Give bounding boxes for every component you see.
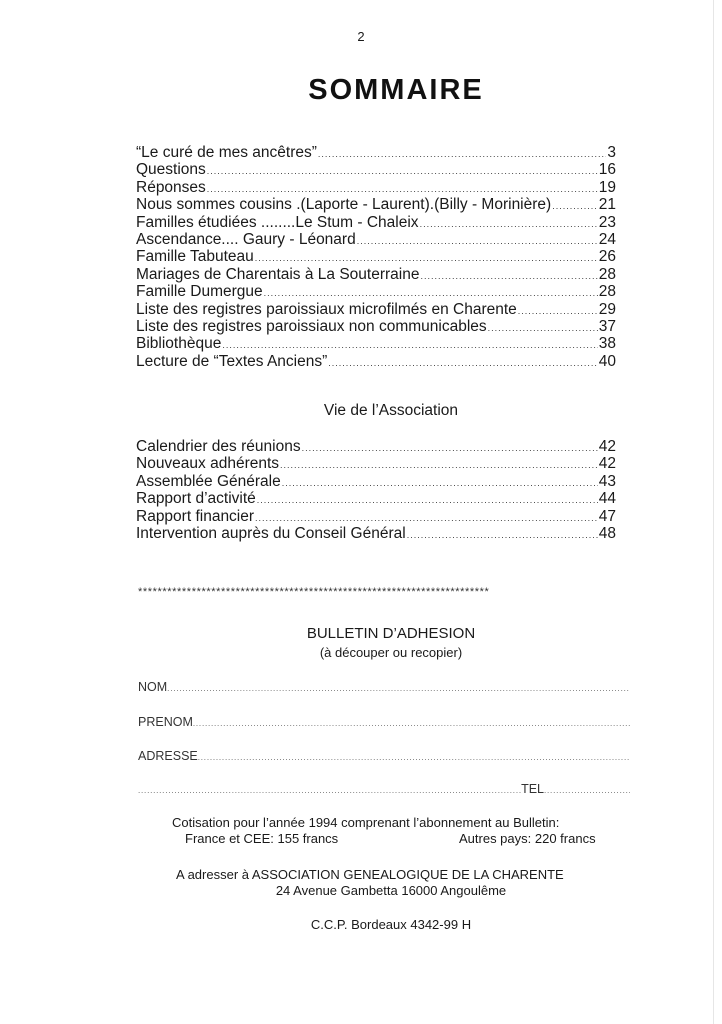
toc-entry-page: 16	[599, 161, 616, 178]
toc-entry: Bibliothèque38	[136, 335, 616, 352]
dot-leader	[552, 198, 598, 215]
separator-stars: ****************************************…	[138, 586, 648, 598]
adresse-dotted-line[interactable]	[198, 753, 630, 762]
prenom-field[interactable]: PRENOM	[138, 715, 630, 729]
toc-entry: Nous sommes cousins .(Laporte - Laurent)…	[136, 196, 616, 213]
toc-entry-page: 43	[599, 473, 616, 490]
toc-entry-label: Intervention auprès du Conseil Général	[136, 525, 406, 542]
dot-leader	[328, 355, 597, 372]
dot-leader	[488, 320, 598, 337]
toc-entry-label: Nouveaux adhérents	[136, 455, 279, 472]
toc-entry-page: 40	[599, 353, 616, 370]
toc-entry: Lecture de “Textes Anciens”40	[136, 353, 616, 370]
toc-entry-label: Rapport financier	[136, 508, 254, 525]
dot-leader	[357, 233, 598, 250]
dot-leader	[420, 216, 598, 233]
toc-entry: Nouveaux adhérents42	[136, 455, 616, 472]
toc-entry: Rapport d’activité44	[136, 490, 616, 507]
price-france: France et CEE: 155 francs	[185, 831, 338, 846]
toc-entry-label: Nous sommes cousins .(Laporte - Laurent)…	[136, 196, 551, 213]
toc-entry: Famille Tabuteau26	[136, 248, 616, 265]
association-section-heading: Vie de l’Association	[0, 402, 722, 420]
toc-entry-label: Liste des registres paroissiaux non comm…	[136, 318, 487, 335]
nom-field[interactable]: NOM	[138, 680, 630, 694]
toc-entry-page: 38	[599, 335, 616, 352]
toc-entry: Intervention auprès du Conseil Général48	[136, 525, 616, 542]
nom-label: NOM	[138, 680, 167, 694]
address-line-1: A adresser à ASSOCIATION GENEALOGIQUE DE…	[176, 867, 564, 882]
toc-entry-label: Lecture de “Textes Anciens”	[136, 353, 327, 370]
tel-label: TEL	[521, 782, 544, 796]
toc-entry: Réponses19	[136, 179, 616, 196]
toc-entry-page: 23	[599, 214, 616, 231]
toc-entry-page: 42	[599, 455, 616, 472]
toc-entry-label: Liste des registres paroissiaux microfil…	[136, 301, 517, 318]
toc-entry-page: 47	[599, 508, 616, 525]
dot-leader	[407, 527, 598, 544]
toc-entry-label: Famille Dumergue	[136, 283, 263, 300]
toc-entry-page: 24	[599, 231, 616, 248]
toc-entry: Questions16	[136, 161, 616, 178]
cotisation-text: Cotisation pour l’année 1994 comprenant …	[172, 815, 559, 830]
toc-entry-label: Calendrier des réunions	[136, 438, 301, 455]
dot-leader	[207, 163, 598, 180]
association-contents: Calendrier des réunions42Nouveaux adhére…	[136, 438, 616, 542]
toc-entry-label: Famille Tabuteau	[136, 248, 254, 265]
toc-entry-page: 3	[607, 144, 616, 161]
toc-entry: Liste des registres paroissiaux microfil…	[136, 301, 616, 318]
toc-entry-label: Ascendance.... Gaury - Léonard	[136, 231, 356, 248]
toc-entry-page: 42	[599, 438, 616, 455]
tel-dotted-line[interactable]	[544, 786, 630, 795]
adresse-field[interactable]: ADRESSE	[138, 749, 630, 763]
page-edge-line	[713, 0, 714, 1024]
toc-entry: Ascendance.... Gaury - Léonard24	[136, 231, 616, 248]
toc-entry-label: Familles étudiées ........Le Stum - Chal…	[136, 214, 419, 231]
toc-entry: “Le curé de mes ancêtres”3	[136, 144, 616, 161]
prenom-label: PRENOM	[138, 715, 193, 729]
price-autres: Autres pays: 220 francs	[459, 831, 596, 846]
toc-entry-page: 21	[599, 196, 616, 213]
toc-entry-label: Réponses	[136, 179, 206, 196]
form-title: BULLETIN D’ADHESION	[0, 625, 722, 642]
prenom-dotted-line[interactable]	[193, 719, 630, 728]
toc-entry: Calendrier des réunions42	[136, 438, 616, 455]
form-subtitle: (à découper ou recopier)	[0, 645, 722, 660]
dot-leader	[302, 440, 598, 457]
tel-field[interactable]: TEL	[138, 782, 630, 796]
adresse-label: ADRESSE	[138, 749, 198, 763]
toc-entry-page: 48	[599, 525, 616, 542]
table-of-contents: “Le curé de mes ancêtres”3Questions16Rép…	[136, 144, 616, 370]
toc-entry-page: 37	[599, 318, 616, 335]
toc-entry: Familles étudiées ........Le Stum - Chal…	[136, 214, 616, 231]
address-line-2: 24 Avenue Gambetta 16000 Angoulême	[0, 883, 722, 898]
dot-leader	[318, 146, 606, 163]
dot-leader	[420, 268, 597, 285]
toc-entry-label: Bibliothèque	[136, 335, 221, 352]
toc-entry-label: Questions	[136, 161, 206, 178]
dot-leader	[518, 303, 598, 320]
toc-entry-page: 29	[599, 301, 616, 318]
toc-entry-page: 19	[599, 179, 616, 196]
nom-dotted-line[interactable]	[167, 684, 630, 693]
dot-leader	[282, 475, 598, 492]
ccp-account: C.C.P. Bordeaux 4342-99 H	[0, 917, 722, 932]
toc-entry: Mariages de Charentais à La Souterraine2…	[136, 266, 616, 283]
toc-entry-page: 44	[599, 490, 616, 507]
toc-entry-page: 28	[599, 283, 616, 300]
toc-entry: Liste des registres paroissiaux non comm…	[136, 318, 616, 335]
toc-entry-label: Rapport d’activité	[136, 490, 256, 507]
toc-entry-label: “Le curé de mes ancêtres”	[136, 144, 317, 161]
toc-entry: Famille Dumergue28	[136, 283, 616, 300]
adresse-continuation-line[interactable]	[138, 786, 521, 795]
toc-entry: Assemblée Générale43	[136, 473, 616, 490]
toc-entry-page: 26	[599, 248, 616, 265]
toc-entry-page: 28	[599, 266, 616, 283]
toc-entry-label: Assemblée Générale	[136, 473, 281, 490]
toc-entry: Rapport financier47	[136, 508, 616, 525]
page-number: 2	[0, 29, 722, 44]
page-title: SOMMAIRE	[0, 74, 722, 107]
dot-leader	[257, 492, 598, 509]
dot-leader	[280, 457, 598, 474]
toc-entry-label: Mariages de Charentais à La Souterraine	[136, 266, 419, 283]
